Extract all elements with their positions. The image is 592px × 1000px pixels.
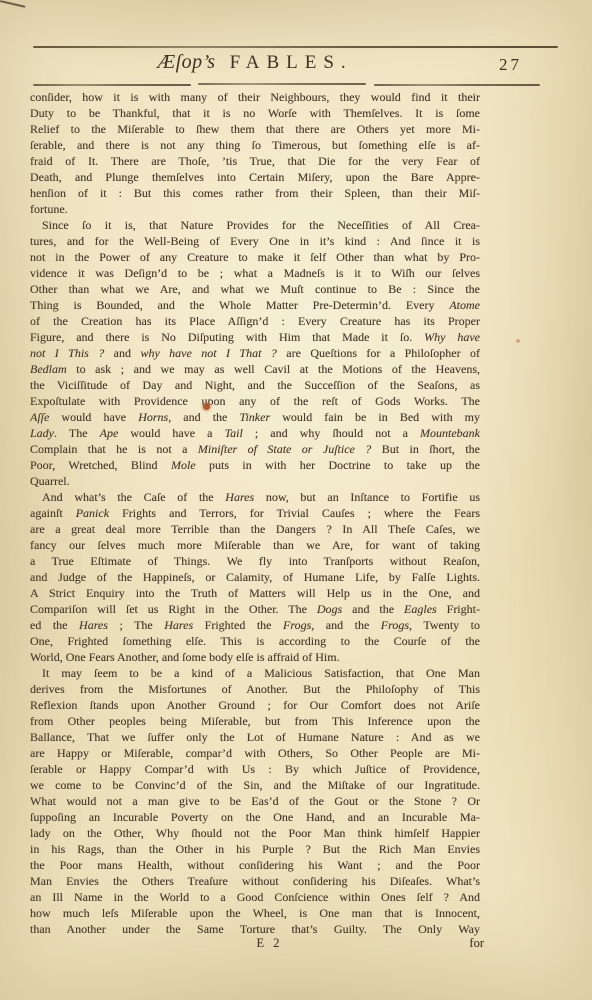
margin-speck (516, 339, 520, 343)
header-rule-bottom-seg3 (374, 84, 540, 86)
catchword: for (469, 936, 484, 951)
text-line: we come to be Convinc’d of the Sin, and … (30, 777, 480, 793)
text-line: Reflexion ſtands upon Another Ground ; f… (30, 697, 480, 713)
text-line: One, Frighted ſomething elſe. This is ac… (30, 633, 480, 649)
text-line: fortune. (30, 201, 480, 217)
footer-line: E 2 for (30, 936, 482, 954)
text-line: not I This ? and why have not I That ? a… (30, 345, 480, 361)
text-line: in his Rags, than the Other in his Purpl… (30, 841, 480, 857)
text-line: than Another under the Same Torture that… (30, 921, 480, 937)
text-line: Quarrel. (30, 473, 480, 489)
text-line: are Happy or Miſerable, compar’d with Ot… (30, 745, 480, 761)
text-line: of the Creation has its Place Aſſign’d :… (30, 313, 480, 329)
text-line: Bedlam to ask ; and we may as well Cavil… (30, 361, 480, 377)
text-line: are a great deal more Terrible than the … (30, 521, 480, 537)
text-line: tures, and for the Well-Being of Every O… (30, 233, 480, 249)
text-line: Since ſo it is, that Nature Provides for… (30, 217, 480, 233)
text-line: an Ill Name in the World to a Good Conſc… (30, 889, 480, 905)
text-line: Aſſe would have Horns, and the Tinker wo… (30, 409, 480, 425)
text-line: ſerable, and there is not any thing ſo T… (30, 137, 480, 153)
header-rule-bottom-seg1 (33, 84, 191, 86)
book-page: Æſop’sFABLES. 27 conſider, how it is wit… (0, 0, 592, 1000)
text-line: fancy our ſelves much more Miſerable tha… (30, 537, 480, 553)
text-line: What would not a man give to be Eas’d of… (30, 793, 480, 809)
ink-blot (203, 403, 210, 410)
text-line: the Viciſſitude of Day and Night, and th… (30, 377, 480, 393)
text-line: Thing is Bounded, and the Whole Matter P… (30, 297, 480, 313)
signature-mark: E 2 (257, 936, 283, 951)
text-line: Compariſon will ſet us Right in the Othe… (30, 601, 480, 617)
text-line: And what’s the Caſe of the Hares now, bu… (30, 489, 480, 505)
header-rule-top (33, 46, 558, 48)
text-line: the Poor mans Health, without conſiderin… (30, 857, 480, 873)
header-rule-bottom-seg2 (198, 83, 366, 85)
text-line: Poor, Wretched, Blind Mole puts in with … (30, 457, 480, 473)
text-line: World, One Fears Another, and ſome body … (30, 649, 480, 665)
text-line: Man Envies the Others Treaſure without c… (30, 873, 480, 889)
text-line: A Strict Enquiry into the Truth of Matte… (30, 585, 480, 601)
text-line: derives from the Misfortunes of Another.… (30, 681, 480, 697)
text-line: Other than what we Are, and what we Muſt… (30, 281, 480, 297)
body-text: conſider, how it is with many of their N… (30, 89, 480, 937)
text-line: and Judge of the Happineſs, or Calamity,… (30, 569, 480, 585)
text-line: Figure, and there is No Diſputing with H… (30, 329, 480, 345)
running-header: Æſop’sFABLES. (30, 51, 480, 79)
text-line: Relief to the Miſerable to ſhew them tha… (30, 121, 480, 137)
text-line: conſider, how it is with many of their N… (30, 89, 480, 105)
text-line: ſerable or Happy Compar’d with Us : By w… (30, 761, 480, 777)
text-line: henſion of it : But this comes rather fr… (30, 185, 480, 201)
header-rule-hook (0, 0, 26, 8)
text-line: vidence it was Deſign’d to be ; what a M… (30, 265, 480, 281)
text-line: Lady. The Ape would have a Tail ; and wh… (30, 425, 480, 441)
text-line: lady on the Other, Why ſhould not the Po… (30, 825, 480, 841)
text-line: againſt Panick Frights and Terrors, for … (30, 505, 480, 521)
text-line: Ballance, That we ſuffer only the Lot of… (30, 729, 480, 745)
text-line: Death, and Plunge themſelves into Certai… (30, 169, 480, 185)
book-title-italic: Æſop’s (157, 51, 215, 73)
text-line: Duty to be Thankful, that it is no Worſe… (30, 105, 480, 121)
text-line: ſuppoſing an Incurable Poverty on the On… (30, 809, 480, 825)
text-line: Expoſtulate with Providence upon any of … (30, 393, 480, 409)
page-number: 27 (499, 55, 522, 75)
text-line: not in the Power of any Creature to make… (30, 249, 480, 265)
text-line: ed the Hares ; The Hares Frighted the Fr… (30, 617, 480, 633)
text-line: Complain that he is not a Miniſter of St… (30, 441, 480, 457)
text-line: how much leſs Miſerable upon the Wheel, … (30, 905, 480, 921)
book-title-caps: FABLES. (230, 52, 353, 73)
text-line: fraid of It. There are Thoſe, ’tis True,… (30, 153, 480, 169)
text-line: It may ſeem to be a kind of a Malicious … (30, 665, 480, 681)
text-line: from Other peoples being Miſerable, but … (30, 713, 480, 729)
text-line: a True Eſtimate of Things. We fly into T… (30, 553, 480, 569)
